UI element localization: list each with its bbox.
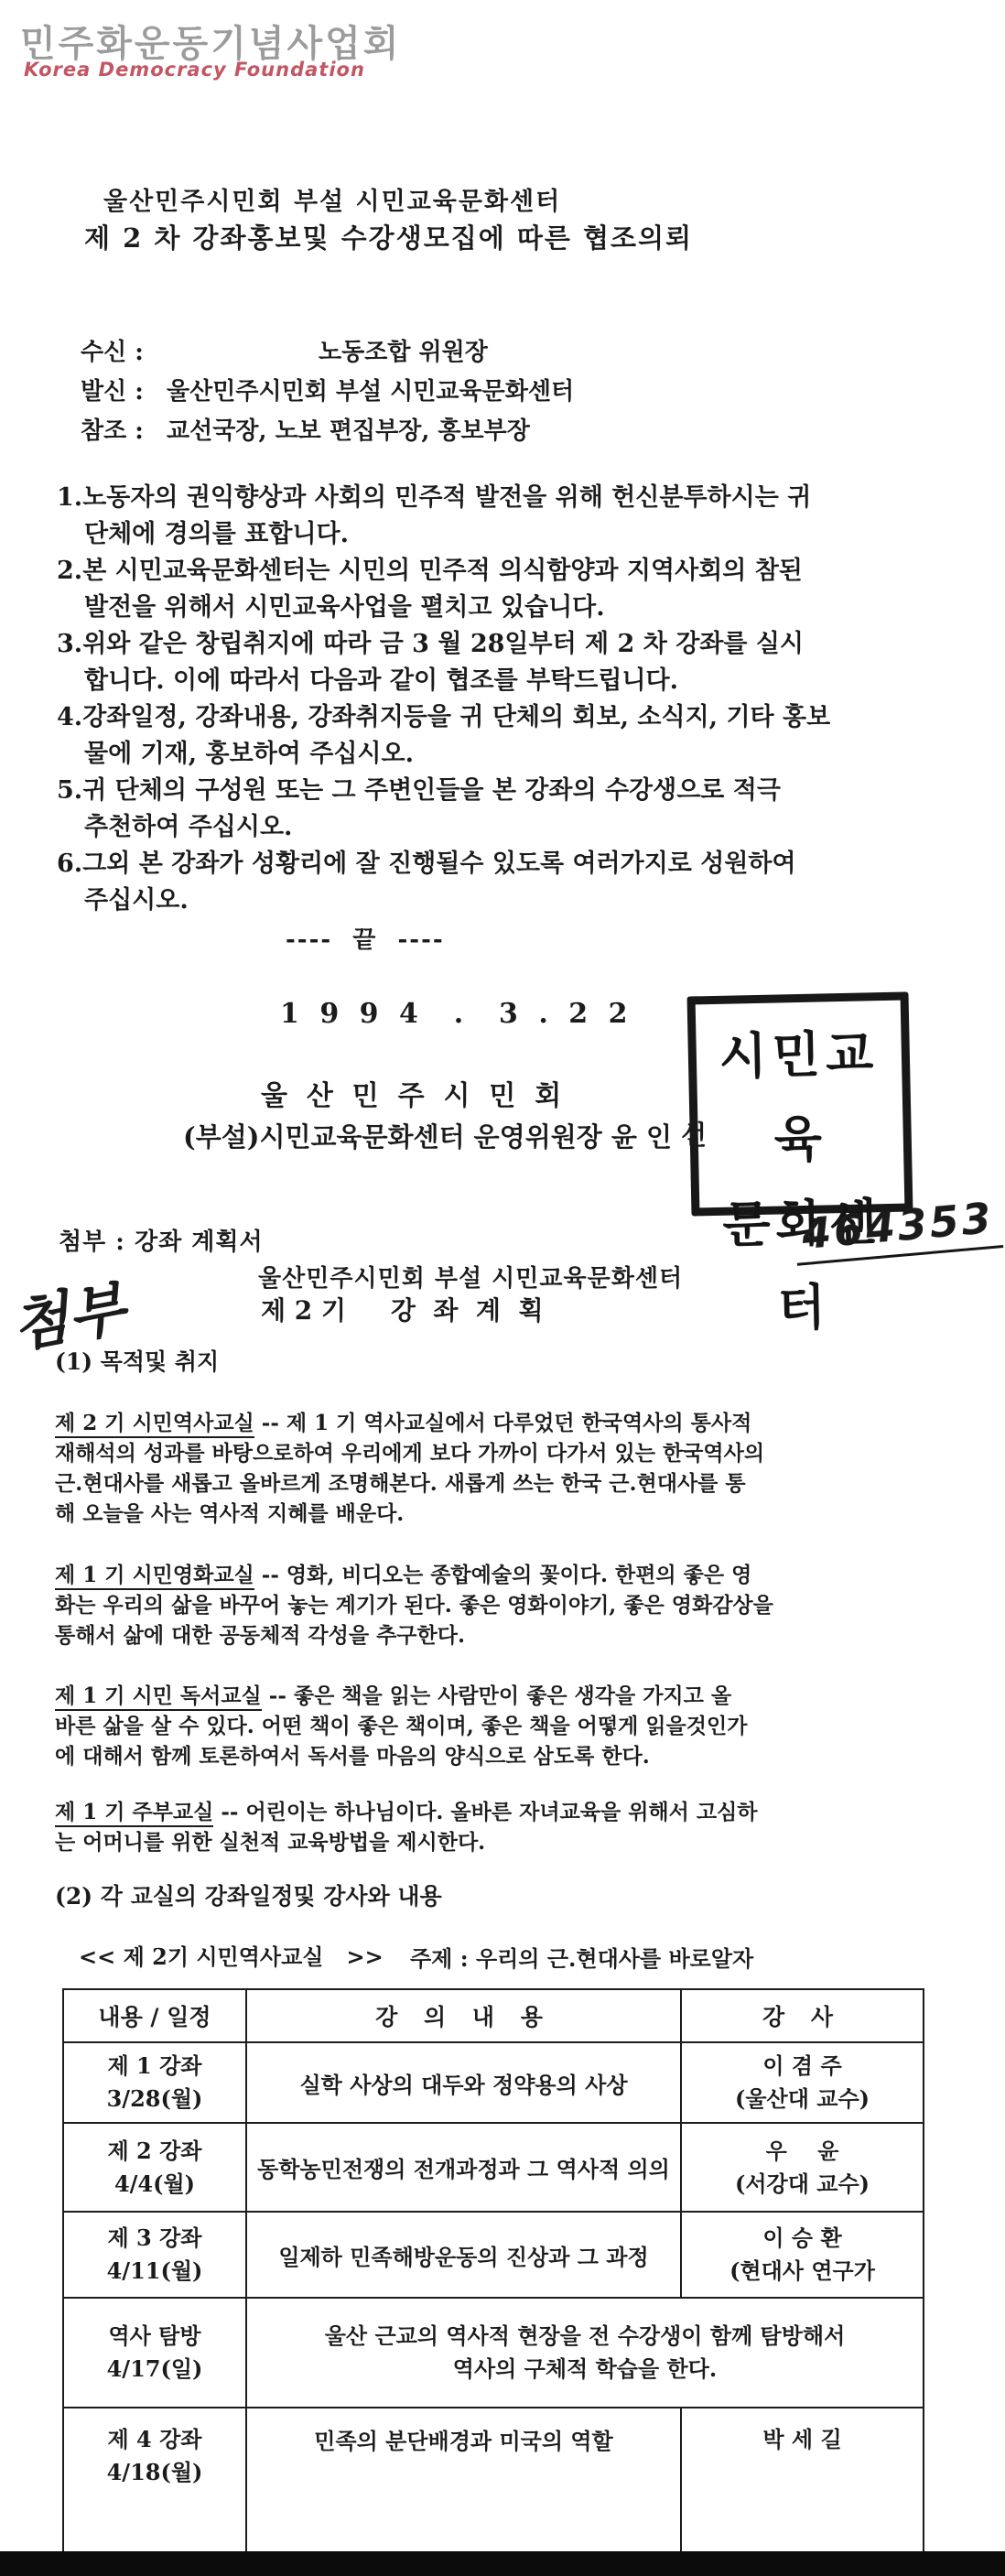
attachment-label: 첨부 : — [59, 1228, 125, 1256]
plan-section1-heading: (1) 목적및 취지 — [55, 1344, 219, 1377]
plan-paragraph-film-class: 제 1 기 시민영화교실 -- 영화, 비디오는 종합예술의 꽃이다. 한편의 … — [55, 1560, 978, 1651]
plan-section2-heading: (2) 각 교실의 강좌일정및 강사와 내용 — [55, 1878, 442, 1911]
list-item-1-line1: 1.노동자의 권익향상과 사회의 민주적 발전을 위해 헌신분투하시는 귀 — [57, 480, 981, 516]
list-item-5-line2: 추천하여 주십시오. — [57, 809, 981, 846]
list-item-2-line2: 발전을 위해서 시민교육사업을 펼치고 있습니다. — [57, 590, 981, 626]
paragraph-heading: 제 1 기 주부교실 — [55, 1800, 213, 1827]
table-row: 제 2 강좌 4/4(월) 동학농민전쟁의 전개과정과 그 역사적 의의 우 윤… — [63, 2123, 924, 2212]
cell-schedule: 역사 탐방 4/17(일) — [63, 2298, 246, 2408]
list-item-4-line1: 4.강좌일정, 강좌내용, 강좌취지등을 귀 단체의 회보, 소식지, 기타 홍… — [57, 699, 981, 736]
document-date: 1 9 9 4 . 3 . 2 2 — [280, 998, 632, 1030]
cell-content: 동학농민전쟁의 전개과정과 그 역사적 의의 — [246, 2123, 681, 2212]
recipient-label: 수신 : — [81, 333, 144, 367]
cell-schedule: 제 3 강좌 4/11(월) — [63, 2212, 246, 2298]
plan-paragraph-housewife-class: 제 1 기 주부교실 -- 어린이는 하나님이다. 올바른 자녀교육을 위해서 … — [55, 1797, 978, 1857]
letter-body-list: 1.노동자의 권익향상과 사회의 민주적 발전을 위해 헌신분투하시는 귀 단체… — [57, 480, 981, 919]
table-row: 제 3 강좌 4/11(월) 일제하 민족해방운동의 진상과 그 과정 이 승 … — [63, 2212, 924, 2298]
class-schedule-theme: 주제 : 우리의 근.현대사를 바로알자 — [410, 1941, 753, 1973]
list-item-5-number: 5. — [57, 776, 82, 805]
recipient-row: 수신 : 노동조합 위원장 — [0, 333, 1005, 370]
sender-row: 발신 : 울산민주시민회 부설 시민교육문화센터 — [0, 373, 1005, 409]
paragraph-heading: 제 2 기 시민역사교실 — [55, 1411, 254, 1438]
cell-schedule: 제 2 강좌 4/4(월) — [63, 2123, 246, 2212]
cc-row: 참조 : 교선국장, 노보 편집부장, 홍보부장 — [0, 412, 1005, 449]
list-item-6-line1: 6.그외 본 강좌가 성황리에 잘 진행될수 있도록 여러가지로 성원하여 — [57, 846, 981, 882]
plan-paragraph-reading-class: 제 1 기 시민 독서교실 -- 좋은 책을 읽는 사람만이 좋은 생각을 가지… — [55, 1681, 978, 1771]
schedule-table: 내용 / 일정 강 의 내 용 강 사 제 1 강좌 3/28(월) 실학 사상… — [62, 1988, 924, 2576]
list-item-3-line2: 합니다. 이에 따라서 다음과 같이 협조를 부탁드립니다. — [57, 663, 981, 699]
cell-schedule: 제 1 강좌 3/28(월) — [63, 2042, 246, 2123]
plan-paragraph-history-class: 제 2 기 시민역사교실 -- 제 1 기 역사교실에서 다루었던 한국역사의 … — [55, 1408, 978, 1529]
plan-title-line2: 제 2 기 강 좌 계 획 — [261, 1291, 544, 1327]
cell-lecturer: 이 겸 주 (울산대 교수) — [681, 2042, 924, 2123]
header-lecture-content: 강 의 내 용 — [246, 1989, 681, 2042]
plan-title-line1: 울산민주시민회 부설 시민교육문화센터 — [258, 1260, 683, 1293]
organization-name: 울 산 민 주 시 민 회 — [261, 1073, 561, 1113]
attachment-value: 강좌 계획서 — [135, 1228, 264, 1256]
cell-content-merged: 울산 근교의 역사적 현장을 전 수강생이 함께 탐방해서 역사의 구체적 학습… — [246, 2298, 924, 2408]
table-row-field-trip: 역사 탐방 4/17(일) 울산 근교의 역사적 현장을 전 수강생이 함께 탐… — [63, 2298, 924, 2408]
end-marker: ---- 끝 ---- — [286, 921, 445, 955]
cell-content: 일제하 민족해방운동의 진상과 그 과정 — [246, 2212, 681, 2298]
cell-content: 실학 사상의 대두와 정약용의 사상 — [246, 2042, 681, 2123]
list-item-2-line1: 2.본 시민교육문화센터는 시민의 민주적 의식함양과 지역사회의 참된 — [57, 553, 981, 590]
class-schedule-header: << 제 2기 시민역사교실 >> — [79, 1939, 384, 1971]
list-item-4-line2: 물에 기재, 홍보하여 주십시오. — [57, 736, 981, 773]
paragraph-heading: 제 1 기 시민영화교실 — [55, 1563, 254, 1590]
list-item-3-number: 3. — [57, 630, 82, 658]
header-content-schedule: 내용 / 일정 — [63, 1989, 246, 2042]
cc-label: 참조 : — [81, 412, 144, 446]
letter-title-line2: 제 2 차 강좌홍보및 수강생모집에 따른 협조의뢰 — [84, 218, 693, 255]
stamp-line1: 시민교육 — [696, 1012, 904, 1185]
sender-label: 발신 : — [81, 373, 144, 406]
sender-value: 울산민주시민회 부설 시민교육문화센터 — [167, 373, 574, 406]
signature-line: (부설)시민교육문화센터 운영위원장 윤 인 — [183, 1117, 672, 1154]
table-row: 제 1 강좌 3/28(월) 실학 사상의 대두와 정약용의 사상 이 겸 주 … — [63, 2042, 924, 2123]
list-item-6-number: 6. — [57, 850, 82, 878]
table-header-row: 내용 / 일정 강 의 내 용 강 사 — [63, 1989, 924, 2042]
list-item-1-number: 1. — [57, 483, 82, 512]
list-item-3-line1: 3.위와 같은 창립취지에 따라 금 3 월 28일부터 제 2 차 강좌를 실… — [57, 626, 981, 663]
recipient-value: 노동조합 위원장 — [319, 333, 488, 367]
list-item-4-number: 4. — [57, 703, 82, 731]
scan-edge-bar — [0, 2551, 1005, 2576]
list-item-5-line1: 5.귀 단체의 구성원 또는 그 주변인들을 본 강좌의 수강생으로 적극 — [57, 773, 981, 809]
paragraph-heading: 제 1 기 시민 독서교실 — [55, 1683, 262, 1711]
list-item-6-line2: 주십시오. — [57, 882, 981, 919]
list-item-1-line2: 단체에 경의를 표합니다. — [57, 516, 981, 553]
list-item-2-number: 2. — [57, 557, 82, 585]
kdf-logo-english: Korea Democracy Foundation — [24, 59, 365, 81]
letter-title-line1: 울산민주시민회 부설 시민교육문화센터 — [103, 181, 561, 217]
cell-lecturer: 이 승 환 (현대사 연구가 — [681, 2212, 924, 2298]
scanned-document-page: 민주화운동기념사업회 Korea Democracy Foundation 울산… — [0, 0, 1005, 2576]
cc-value: 교선국장, 노보 편집부장, 홍보부장 — [167, 412, 530, 446]
header-lecturer: 강 사 — [681, 1989, 924, 2042]
official-seal-stamp: 시민교육 문화센터 — [687, 991, 913, 1216]
attachment-note: 첨부 : 강좌 계획서 — [59, 1223, 264, 1257]
cell-lecturer: 우 윤 (서강대 교수) — [681, 2123, 924, 2212]
